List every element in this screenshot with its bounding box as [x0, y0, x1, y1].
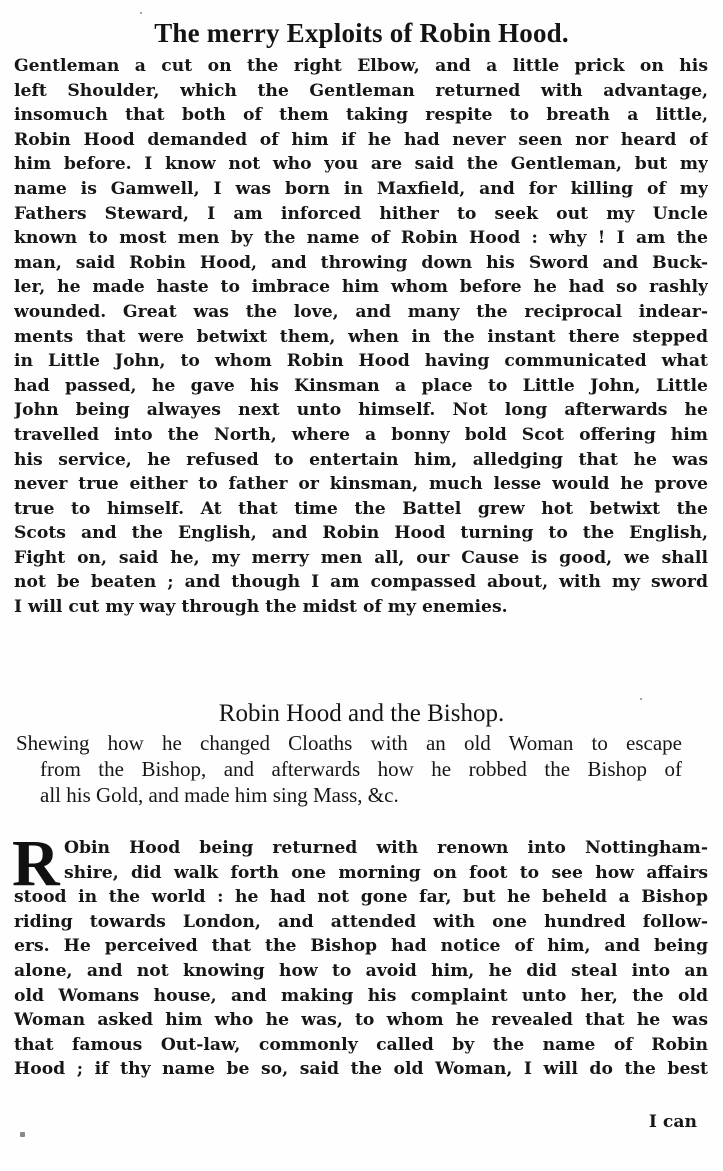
- text-line: never true either to father or kinsman, …: [14, 472, 708, 497]
- text-line: ments that were betwixt them, when in th…: [14, 325, 708, 350]
- text-line: had passed, he gave his Kinsman a place …: [14, 374, 708, 399]
- text-line: Woman asked him who he was, to whom he r…: [14, 1008, 708, 1033]
- text-line: him before. I know not who you are said …: [14, 152, 708, 177]
- text-line: insomuch that both of them taking respit…: [14, 103, 708, 128]
- text-line: Gentleman a cut on the right Elbow, and …: [14, 54, 708, 79]
- text-line: name is Gamwell, I was born in Maxfield,…: [14, 177, 708, 202]
- text-line: true to himself. At that time the Battel…: [14, 497, 708, 522]
- text-line: ler, he made haste to imbrace him whom b…: [14, 275, 708, 300]
- text-line: Fight on, said he, my merry men all, our…: [14, 546, 708, 571]
- print-speck: [20, 1132, 25, 1137]
- running-title: The merry Exploits of Robin Hood.: [0, 18, 723, 49]
- catchword: I can: [649, 1112, 697, 1132]
- text-line: old Womans house, and making his complai…: [14, 984, 708, 1009]
- text-line: Obin Hood being returned with renown int…: [14, 836, 708, 861]
- text-line: his service, he refused to entertain him…: [14, 448, 708, 473]
- section-summary: Shewing how he changed Cloaths with an o…: [16, 730, 682, 808]
- text-line: Fathers Steward, I am inforced hither to…: [14, 202, 708, 227]
- text-line: man, said Robin Hood, and throwing down …: [14, 251, 708, 276]
- book-page: The merry Exploits of Robin Hood. Gentle…: [0, 0, 723, 1171]
- text-line: I will cut my way through the midst of m…: [14, 595, 708, 620]
- section-heading: Robin Hood and the Bishop.: [0, 700, 723, 728]
- summary-line: from the Bishop, and afterwards how he r…: [16, 756, 682, 782]
- text-line: Robin Hood demanded of him if he had nev…: [14, 128, 708, 153]
- text-line: known to most men by the name of Robin H…: [14, 226, 708, 251]
- text-line: shire, did walk forth one morning on foo…: [14, 861, 708, 886]
- text-line: travelled into the North, where a bonny …: [14, 423, 708, 448]
- text-line: that famous Out-law, commonly called by …: [14, 1033, 708, 1058]
- text-line: Scots and the English, and Robin Hood tu…: [14, 521, 708, 546]
- continued-paragraph: Gentleman a cut on the right Elbow, and …: [14, 54, 708, 620]
- text-line: ers. He perceived that the Bishop had no…: [14, 934, 708, 959]
- text-line: Hood ; if thy name be so, said the old W…: [14, 1057, 708, 1082]
- print-speck: [640, 698, 642, 700]
- text-line: alone, and not knowing how to avoid him,…: [14, 959, 708, 984]
- text-line: left Shoulder, which the Gentleman retur…: [14, 79, 708, 104]
- text-line: riding towards London, and attended with…: [14, 910, 708, 935]
- text-line: John being alwayes next unto himself. No…: [14, 398, 708, 423]
- text-line: stood in the world : he had not gone far…: [14, 885, 708, 910]
- summary-line: all his Gold, and made him sing Mass, &c…: [16, 782, 682, 808]
- print-speck: [140, 12, 142, 14]
- summary-line: Shewing how he changed Cloaths with an o…: [16, 730, 682, 756]
- text-line: not be beaten ; and though I am compasse…: [14, 570, 708, 595]
- section-body: Obin Hood being returned with renown int…: [14, 836, 708, 1082]
- text-line: in Little John, to whom Robin Hood havin…: [14, 349, 708, 374]
- text-line: wounded. Great was the love, and many th…: [14, 300, 708, 325]
